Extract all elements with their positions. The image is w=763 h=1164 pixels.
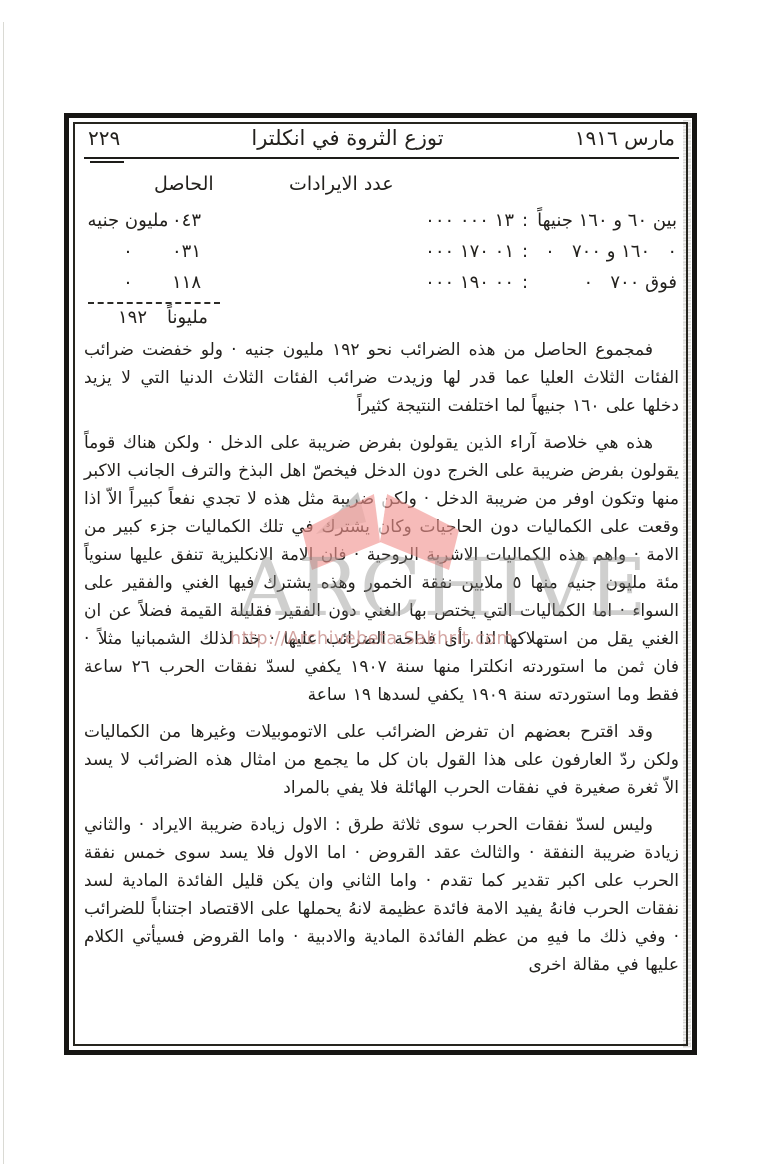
scan-edge-line (3, 22, 4, 1164)
page-title: توزع الثروة في انكلترا (251, 126, 443, 150)
colon-separator: : (514, 205, 536, 236)
body-paragraph-4: وليس لسدّ نفقات الحرب سوى ثلاثة طرق : ال… (84, 811, 679, 979)
income-range-cell: فوق ٧٠٠ ٠ (536, 267, 679, 298)
body-paragraph-3: وقد اقترح بعضهم ان تفرض الضرائب على الات… (84, 718, 679, 802)
page-content: مارس ١٩١٦ توزع الثروة في انكلترا ٢٢٩ الح… (84, 126, 679, 979)
table-header-row: الحاصل عدد الايرادات (84, 171, 679, 205)
page-number: ٢٢٩ (88, 126, 120, 150)
table-row: ٠ ١١٨ ٠٠ ١٩٠ ٠٠٠ : فوق ٧٠٠ ٠ (84, 267, 679, 298)
count-cell: ٠٠ ١٩٠ ٠٠٠ (376, 267, 514, 298)
column-header-incomes: عدد الايرادات (289, 173, 394, 195)
revenue-table: الحاصل عدد الايرادات مليون جنيه ٠٤٣ ١٣ ٠… (84, 171, 679, 328)
yield-value-cell: ١١٨ (172, 267, 226, 298)
yield-value-cell: ٠٤٣ (172, 205, 226, 236)
count-cell: ٠١ ١٧٠ ٠٠٠ (376, 236, 514, 267)
total-value: ١٩٢ (118, 307, 147, 328)
table-row: مليون جنيه ٠٤٣ ١٣ ٠٠٠ ٠٠٠ : بين ٦٠ و ١٦٠… (84, 205, 679, 236)
scanned-magazine-page: مارس ١٩١٦ توزع الثروة في انكلترا ٢٢٩ الح… (0, 0, 763, 1164)
yield-unit-cell: مليون جنيه (84, 205, 172, 236)
issue-date: مارس ١٩١٦ (575, 126, 675, 150)
income-range-cell: ٠ ١٦٠ و ٧٠٠ ٠ (536, 236, 679, 267)
colon-separator: : (514, 267, 536, 298)
yield-unit-cell: ٠ (84, 267, 172, 298)
income-range-cell: بين ٦٠ و ١٦٠ جنيهاً (536, 205, 679, 236)
header-rule (84, 157, 679, 159)
total-rule (88, 302, 220, 304)
column-header-yield: الحاصل (154, 173, 214, 195)
masthead: مارس ١٩١٦ توزع الثروة في انكلترا ٢٢٩ (84, 126, 679, 150)
body-paragraph-2: هذه هي خلاصة آراء الذين يقولون بفرض ضريب… (84, 429, 679, 709)
total-unit: مليوناً (167, 307, 208, 328)
count-cell: ١٣ ٠٠٠ ٠٠٠ (376, 205, 514, 236)
yield-value-cell: ٠٣١ (172, 236, 226, 267)
total-row: ١٩٢ مليوناً (118, 307, 208, 328)
yield-unit-cell: ٠ (84, 236, 172, 267)
table-row: ٠ ٠٣١ ٠١ ١٧٠ ٠٠٠ : ٠ ١٦٠ و ٧٠٠ ٠ (84, 236, 679, 267)
colon-separator: : (514, 236, 536, 267)
body-paragraph-1: فمجموع الحاصل من هذه الضرائب نحو ١٩٢ ملي… (84, 336, 679, 420)
